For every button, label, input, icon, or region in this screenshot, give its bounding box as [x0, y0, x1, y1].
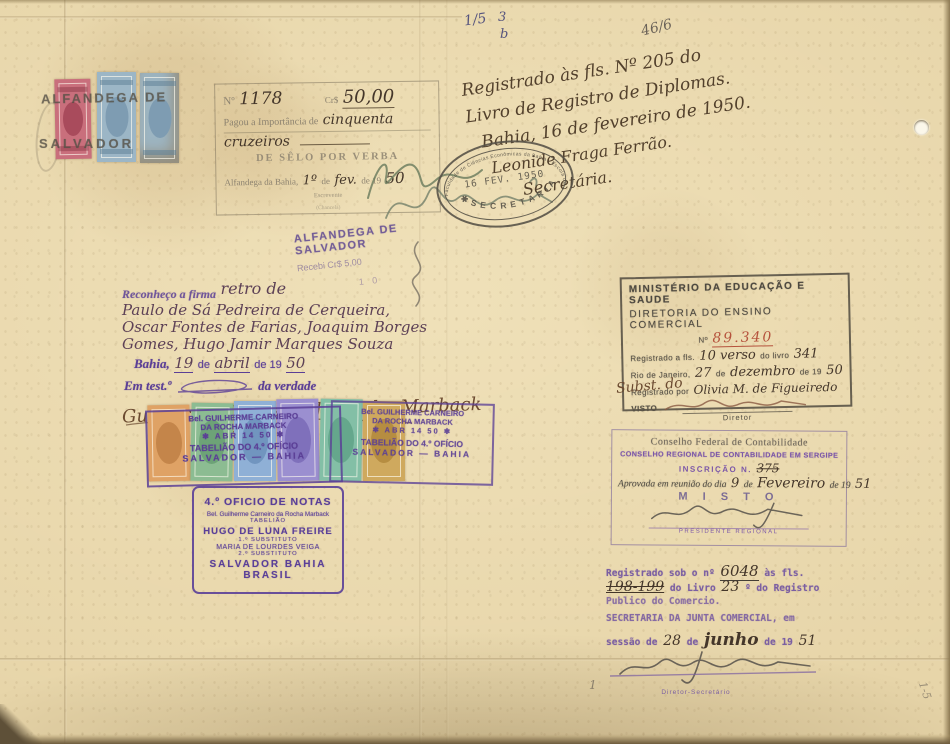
junta-l2-livro: 23: [721, 579, 739, 595]
notary-de1: de: [198, 359, 210, 371]
junta-l5b: de: [687, 637, 698, 648]
notary-name-line1: Paulo de Sá Pedreira de Cerqueira,: [122, 301, 492, 318]
notary-de2: de 19: [254, 359, 282, 371]
receipt-no-label: Nº: [223, 95, 235, 107]
conselho-day: 9: [731, 476, 739, 491]
notary-name-line3: Gomes, Hugo Jamir Marques Souza: [122, 335, 492, 354]
scanned-document-page: ALFANDEGA DE SALVADOR Nº 1178 Cr$ 50,00 …: [0, 0, 950, 744]
pencil-mark-bottom: 1: [589, 678, 597, 692]
junta-l5-year: 51: [799, 633, 817, 649]
notary-test-left: Em test.º: [124, 378, 171, 393]
tabeliao-overprint-2: Bel. GUILHERME CARNEIRO DA ROCHA MARBACK…: [329, 400, 495, 486]
notary-flourish: [176, 376, 254, 396]
oficio-line-tabeliao: TABELIÃO: [194, 518, 342, 524]
tabeliao-overprint-1: Bel. GUILHERME CARNEIRO DA ROCHA MARBACK…: [145, 405, 343, 487]
ministerio-year: 50: [826, 363, 843, 378]
receipt-pagou-value: cinquenta: [323, 111, 394, 128]
junta-l5-day: 28: [663, 633, 681, 649]
ministerio-visto-label: VISTO: [631, 404, 657, 414]
junta-l5c: de 19: [764, 637, 793, 648]
fold-crease-top-left: [0, 16, 462, 19]
receipt-date-label: Alfandega da Bahia,: [224, 176, 298, 187]
conselho-contabilidade-box: Conselho Federal de Contabilidade CONSEL…: [611, 429, 848, 547]
oficio-line-sub1: 1.º SUBSTITUTO: [194, 537, 342, 543]
pencil-mark-top2b: b: [500, 27, 508, 42]
notary-date-month: abril: [214, 354, 249, 373]
ministerio-no-label: Nº: [698, 336, 708, 345]
conselho-year: 51: [855, 477, 872, 492]
pencil-mark-top2a: 3: [498, 10, 506, 25]
conselho-de2: de 19: [830, 481, 851, 491]
ministerio-day: 27: [695, 366, 712, 381]
junta-l4: SECRETARIA DA JUNTA COMERCIAL, em: [606, 613, 852, 630]
conselho-de1: de: [744, 480, 753, 490]
cancellation-overprint-line1: ALFANDEGA DE: [41, 89, 211, 107]
pencil-mark-top3: 46/6: [640, 16, 674, 39]
ministerio-title1: MINISTÉRIO DA EDUCAÇÃO E SAUDE: [629, 280, 841, 306]
conselho-president-signature: [644, 500, 814, 527]
receipt-cr-value: 50,00: [343, 86, 395, 109]
conselho-aprovada-label: Aprovada em reunião do dia: [618, 479, 727, 490]
notary-date-day: 19: [174, 354, 193, 373]
ministerio-por-value: Olivia M. de Figueiredo: [693, 380, 837, 397]
oficio-line-maria: MARIA DE LOURDES VEIGA: [194, 544, 342, 551]
conselho-presidente-label: PRESIDENTE REGIONAL: [649, 527, 809, 535]
ministerio-livro-label: do livro: [760, 351, 789, 361]
conselho-inscricao-label: INSCRIÇÃO N.: [679, 465, 752, 475]
junta-l2b: º do Registro: [745, 583, 819, 594]
receipt-no-value: 1178: [239, 89, 283, 110]
receipt-cr-label: Cr$: [325, 95, 339, 105]
ministerio-livro-value: 341: [794, 346, 819, 362]
paper-edge-right: [943, 0, 950, 744]
oficio-line-city: SALVADOR BAHIA BRASIL: [194, 559, 342, 581]
oval-stamp-date: 16 FEV. 1950: [464, 168, 545, 190]
paper-edge-top: [0, 0, 950, 4]
ministerio-de1: de: [716, 369, 726, 378]
junta-cargo-label: Diretor-Secretário: [606, 689, 786, 696]
alfandega-receipt-stamp: ALFANDEGA DE SALVADOR Recebi Cr$ 5,00 1 …: [293, 215, 478, 293]
notary-stamp-row: Bel. GUILHERME CARNEIRO DA ROCHA MARBACK…: [146, 396, 506, 488]
notary-date-year: 50: [286, 354, 305, 373]
pencil-mark-top1: 1/5: [463, 11, 488, 30]
receipt-pagou-label: Pagou a Importância de: [224, 116, 319, 128]
oficio-line-bel: Bel. Guilherme Carneiro da Rocha Marback: [194, 511, 342, 518]
ministerio-de2: de 19: [800, 367, 822, 376]
cancellation-overprint-line2: SALVADOR: [39, 136, 219, 151]
oficio-notas-stamp: 4.º OFICIO DE NOTAS Bel. Guilherme Carne…: [192, 486, 344, 594]
junta-l5-month: junho: [704, 630, 759, 650]
notary-hand-insert: retro de: [220, 279, 286, 298]
conselho-month: Fevereiro: [757, 475, 825, 491]
junta-l2-fls: 198-199: [606, 579, 664, 595]
notary-test-right: da verdade: [258, 378, 316, 393]
notary-name-line2: Oscar Fontes de Farias, Joaquim Borges: [122, 318, 492, 335]
ministerio-fls-label: Registrado a fls.: [630, 353, 695, 363]
oficio-line-hugo: HUGO DE LUNA FREIRE: [194, 526, 342, 537]
junta-l1a: Registrado sob o nº: [606, 568, 715, 579]
oficio-line-sub2: 2.º SUBSTITUTO: [194, 551, 342, 557]
oficio-line-title: 4.º OFICIO DE NOTAS: [194, 496, 342, 508]
pencil-mark-edge: 1-5: [916, 680, 934, 701]
paper-edge-bottom: [0, 734, 950, 744]
receipt-date-month: fev.: [334, 173, 357, 188]
receipt-date-day: 1º: [303, 173, 318, 188]
conselho-line1: Conselho Federal de Contabilidade: [618, 436, 840, 449]
junta-secretary-signature: [606, 650, 826, 684]
junta-l3: Publico do Comercio.: [606, 596, 852, 613]
junta-l2a: do Livro: [670, 583, 716, 594]
receipt-de1: de: [321, 176, 330, 186]
junta-comercial-block: Registrado sob o nº 6048 às fls. 198-199…: [606, 562, 852, 696]
notary-stamp-prefix: Reconheço a firma: [122, 287, 216, 301]
punch-hole: [914, 120, 929, 135]
receipt-cruzeiros-value: cruzeiros: [224, 134, 290, 151]
torn-corner-bottom-left: [0, 704, 42, 744]
revenue-stamp-block: ALFANDEGA DE SALVADOR: [55, 72, 190, 168]
junta-l1b: às fls.: [764, 568, 804, 579]
notary-date-label: Bahia,: [134, 356, 170, 371]
ministerio-month: dezembro: [730, 364, 796, 380]
junta-l5a: sessão de: [606, 637, 657, 648]
ministerio-fls-value: 10 verso: [699, 348, 756, 364]
